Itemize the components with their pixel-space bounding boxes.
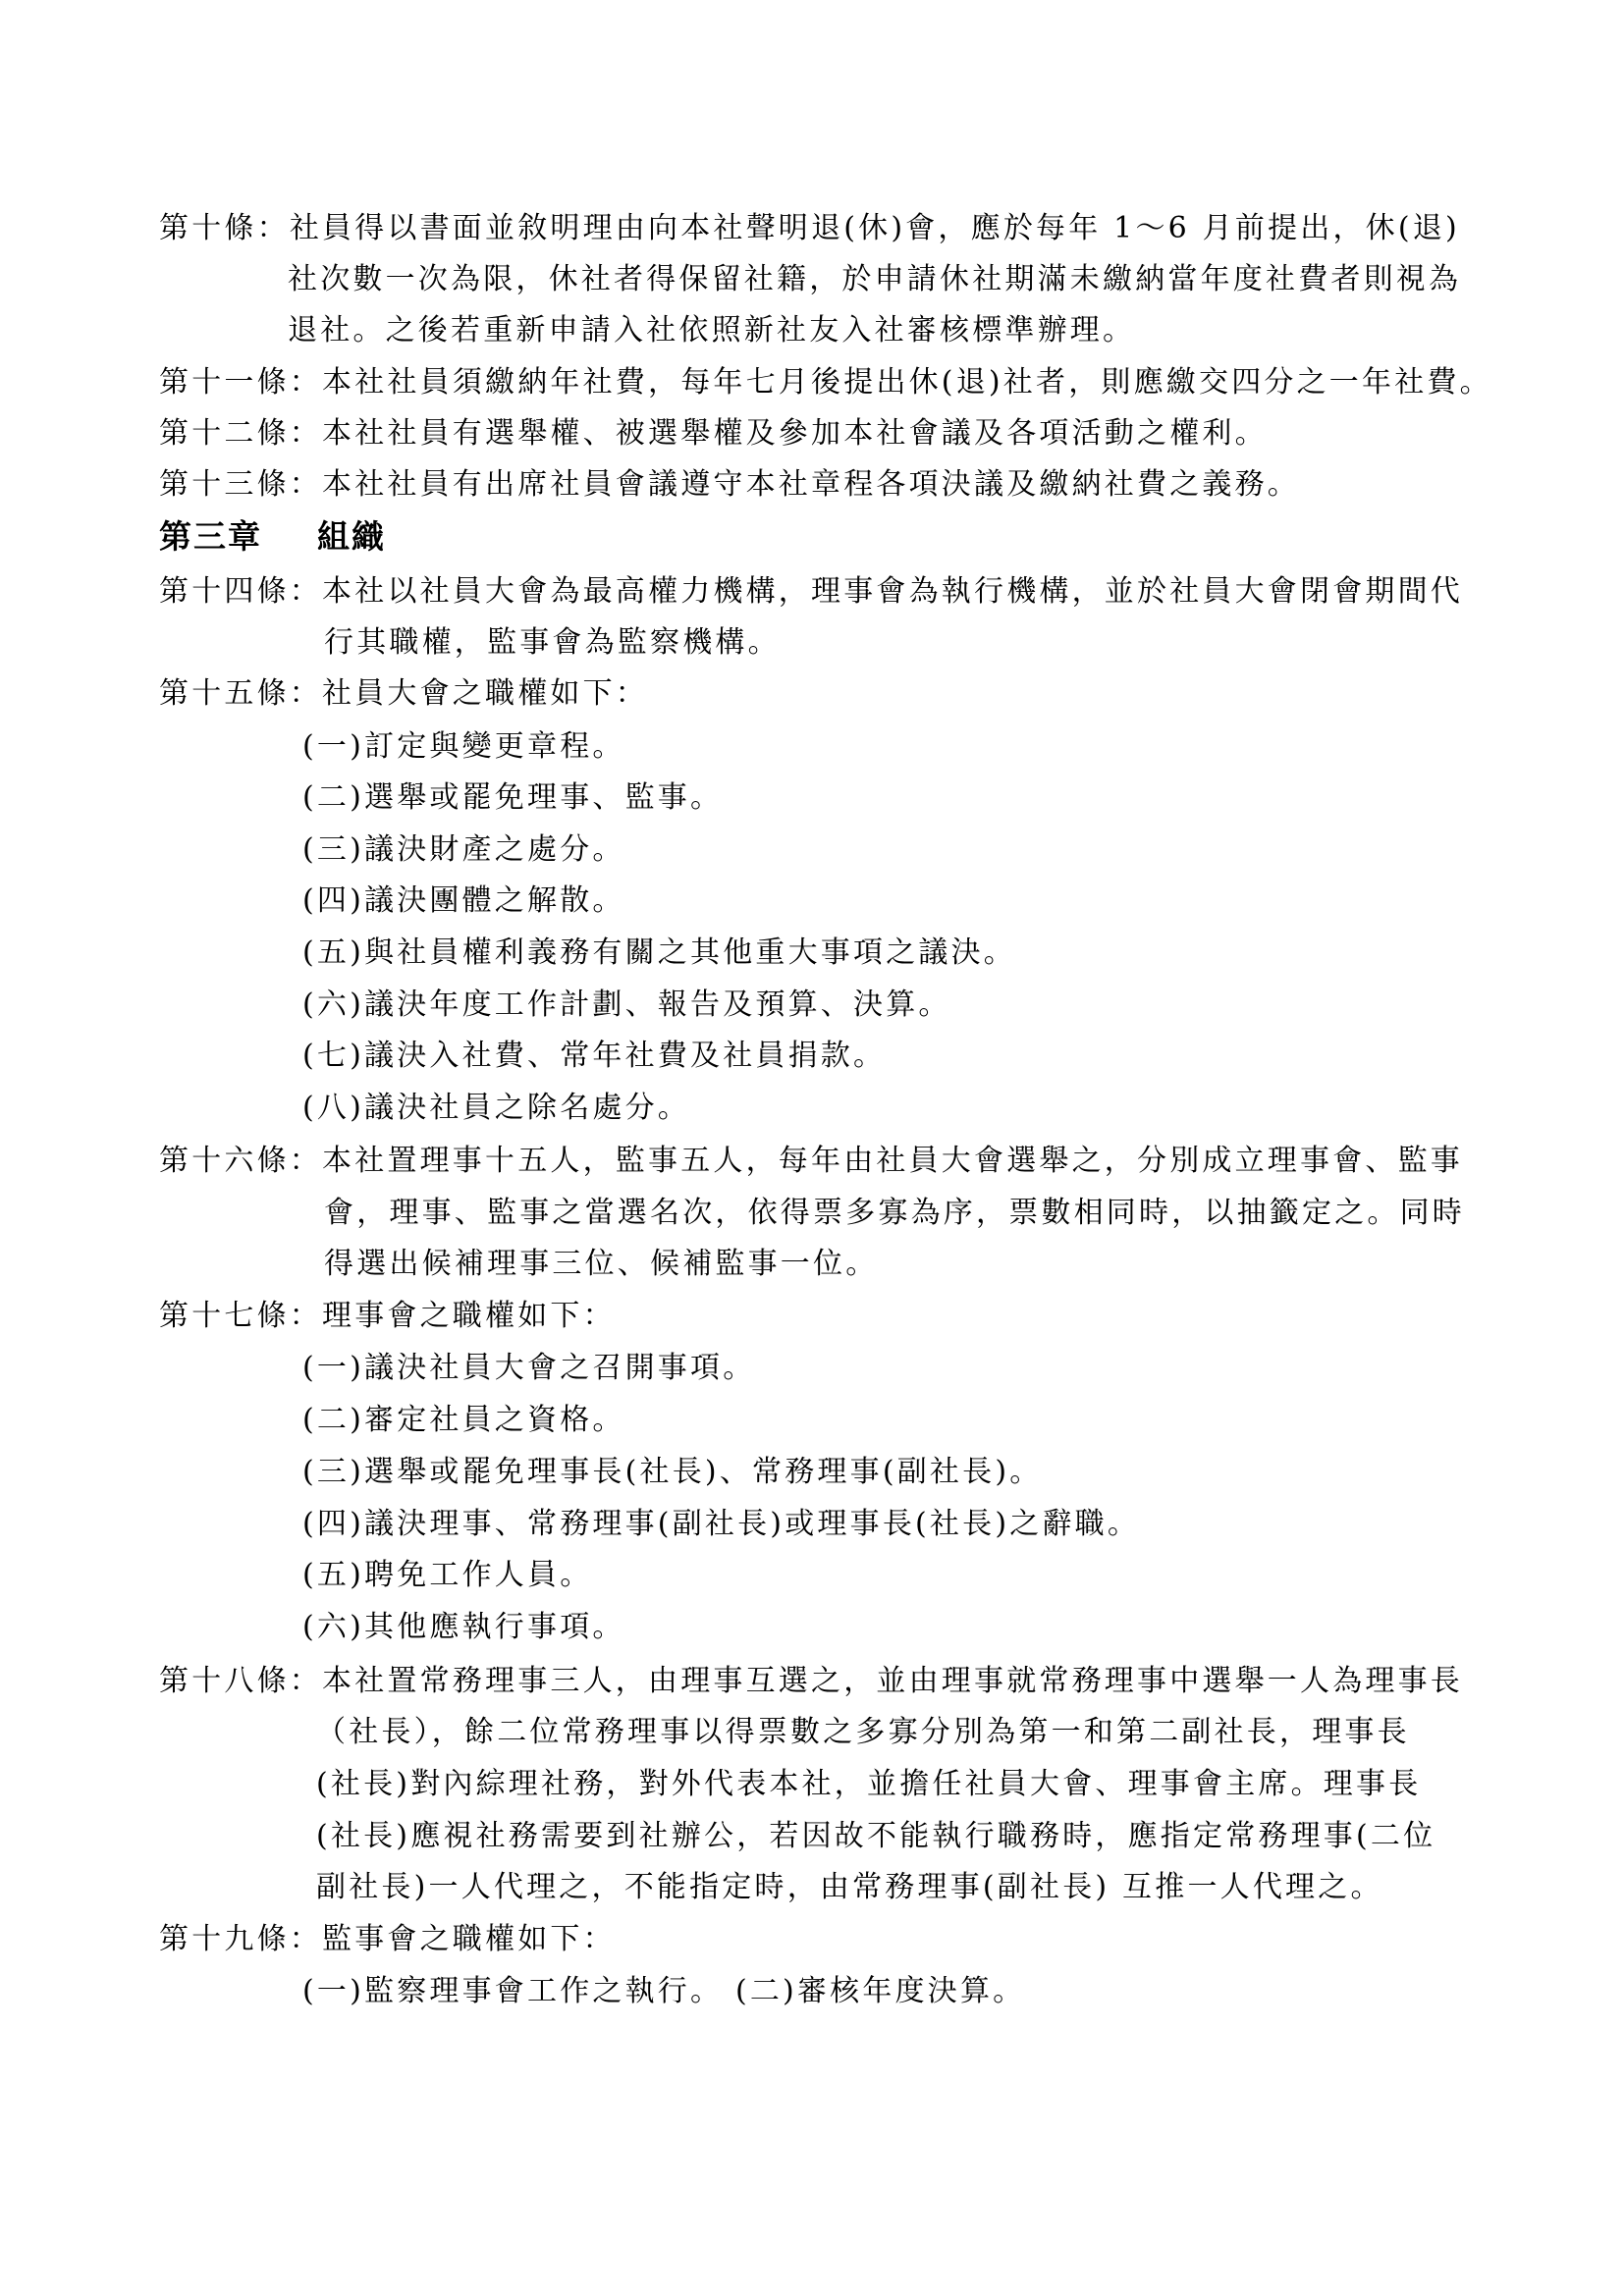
article-11: 第十一條：本社社員須繳納年社費，每年七月後提出休(退)社者，則應繳交四分之一年社… (159, 363, 1492, 402)
article-14-line-1: 第十四條：本社以社員大會為最高權力機構，理事會為執行機構，並於社員大會閉會期間代 (159, 572, 1463, 612)
article-17: 第十七條：理事會之職權如下： (159, 1297, 616, 1336)
article-label: 第十三條： (159, 467, 322, 502)
list-item: (一)訂定與變更章程。 (302, 727, 625, 767)
article-14-line-2: 行其職權，監事會為監察機構。 (324, 623, 781, 663)
list-item: (六)其他應執行事項。 (302, 1608, 625, 1647)
article-16-line-3: 得選出候補理事三位、候補監事一位。 (324, 1245, 878, 1284)
article-10-line-3: 退社。之後若重新申請入社依照新社友入社審核標準辦理。 (288, 311, 1135, 350)
list-item: (二)審定社員之資格。 (302, 1401, 625, 1440)
article-label: 第十二條： (159, 416, 322, 451)
article-18-line-3: (社長)對內綜理社務，對外代表本社，並擔任社員大會、理事會主席。理事長 (316, 1765, 1421, 1804)
list-item: (五)聘免工作人員。 (302, 1556, 592, 1595)
article-19: 第十九條：監事會之職權如下： (159, 1920, 616, 1959)
article-16-line-1: 第十六條：本社置理事十五人，監事五人，每年由社員大會選舉之，分別成立理事會、監事 (159, 1142, 1463, 1181)
article-label: 第十六條： (159, 1144, 322, 1178)
article-18-line-5: 副社長)一人代理之，不能指定時，由常務理事(副社長) 互推一人代理之。 (316, 1868, 1383, 1907)
article-15: 第十五條：社員大會之職權如下： (159, 674, 648, 714)
document-page: 第十條：社員得以書面並敘明理由向本社聲明退(休)會，應於每年 1～6 月前提出，… (0, 0, 1624, 2296)
article-18-line-4: (社長)應視社務需要到社辦公，若因故不能執行職務時，應指定常務理事(二位 (316, 1817, 1435, 1856)
list-item: (一)議決社員大會之召開事項。 (302, 1349, 755, 1388)
list-item: (一)監察理事會工作之執行。 (二)審核年度決算。 (302, 1972, 1025, 2011)
article-13: 第十三條：本社社員有出席社員會議遵守本社章程各項決議及繳納社費之義務。 (159, 465, 1300, 505)
article-text: 本社社員有出席社員會議遵守本社章程各項決議及繳納社費之義務。 (322, 467, 1300, 502)
article-18-line-1: 第十八條：本社置常務理事三人，由理事互選之，並由理事就常務理事中選舉一人為理事長 (159, 1662, 1463, 1701)
article-text: 本社置常務理事三人，由理事互選之，並由理事就常務理事中選舉一人為理事長 (322, 1664, 1463, 1698)
list-item: (八)議決社員之除名處分。 (302, 1089, 690, 1128)
article-label: 第十條： (159, 211, 290, 245)
article-text: 理事會之職權如下： (322, 1299, 616, 1333)
article-label: 第十五條： (159, 676, 322, 711)
article-text: 本社以社員大會為最高權力機構，理事會為執行機構，並於社員大會閉會期間代 (322, 574, 1463, 609)
chapter-number: 第三章 (159, 517, 262, 556)
list-item: (五)與社員權利義務有關之其他重大事項之議決。 (302, 934, 1016, 973)
article-label: 第十四條： (159, 574, 322, 609)
chapter-heading: 第三章組織 (159, 517, 386, 557)
article-16-line-2: 會，理事、監事之當選名次，依得票多寡為序，票數相同時，以抽籤定之。同時 (324, 1194, 1465, 1233)
article-text: 本社社員有選舉權、被選舉權及參加本社會議及各項活動之權利。 (322, 416, 1268, 451)
article-label: 第十八條： (159, 1664, 322, 1698)
article-text: 社員大會之職權如下： (322, 676, 648, 711)
article-label: 第十一條： (159, 365, 322, 400)
list-item: (四)議決團體之解散。 (302, 881, 625, 921)
list-item: (七)議決入社費、常年社費及社員捐款。 (302, 1037, 886, 1076)
article-10-line-1: 第十條：社員得以書面並敘明理由向本社聲明退(休)會，應於每年 1～6 月前提出，… (159, 209, 1460, 248)
article-text: 本社置理事十五人，監事五人，每年由社員大會選舉之，分別成立理事會、監事 (322, 1144, 1463, 1178)
list-item: (四)議決理事、常務理事(副社長)或理事長(社長)之辭職。 (302, 1505, 1140, 1544)
article-text: 本社社員須繳納年社費，每年七月後提出休(退)社者，則應繳交四分之一年社費。 (322, 365, 1492, 400)
list-item: (二)選舉或罷免理事、監事。 (302, 778, 723, 818)
chapter-title: 組織 (317, 517, 386, 556)
article-text: 監事會之職權如下： (322, 1922, 616, 1956)
article-10-line-2: 社次數一次為限，休社者得保留社籍，於申請休社期滿未繳納當年度社費者則視為 (288, 260, 1461, 299)
article-label: 第十九條： (159, 1922, 322, 1956)
list-item: (六)議決年度工作計劃、報告及預算、決算。 (302, 986, 951, 1025)
list-item: (三)議決財產之處分。 (302, 830, 625, 870)
article-text: 社員得以書面並敘明理由向本社聲明退(休)會，應於每年 1～6 月前提出，休(退) (290, 211, 1460, 245)
article-label: 第十七條： (159, 1299, 322, 1333)
article-12: 第十二條：本社社員有選舉權、被選舉權及參加本社會議及各項活動之權利。 (159, 414, 1268, 454)
list-item: (三)選舉或罷免理事長(社長)、常務理事(副社長)。 (302, 1453, 1042, 1492)
article-18-line-2: （社長），餘二位常務理事以得票數之多寡分別為第一和第二副社長，理事長 (316, 1713, 1410, 1752)
